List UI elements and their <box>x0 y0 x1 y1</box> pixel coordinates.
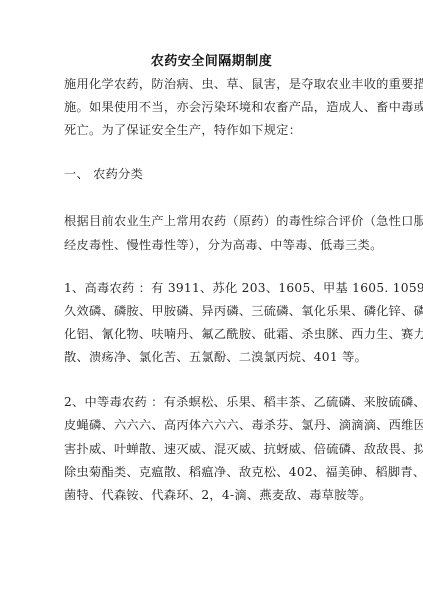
paragraph-line: 1、高毒农药 ：有 3911、苏化 203、1605、甲基 1605. 1059… <box>64 280 364 296</box>
paragraph-line: 皮蝇磷、六六六、高丙体六六六、毒杀芬、氯丹、滴滴滴、西维因、 <box>64 417 364 433</box>
document-title: 农药安全间隔期制度 <box>0 53 423 71</box>
paragraph-line: 久效磷、磷胺、甲胺磷、异丙磷、三硫磷、氧化乐果、磷化锌、磷 <box>64 303 364 319</box>
paragraph-line: 死亡。为了保证安全生产，特作如下规定： <box>64 122 364 138</box>
paragraph-line: 菌特、代森铵、代森环、2，4-滴、燕麦敌、毒草胺等。 <box>64 487 364 503</box>
paragraph-line: 根据目前农业生产上常用农药（原药）的毒性综合评价（急性口服、 <box>64 213 364 229</box>
paragraph-line: 除虫菊酯类、克瘟散、稻瘟净、敌克松、402、福美砷、稻脚青、退 <box>64 464 364 480</box>
section-heading: 一、 农药分类 <box>64 166 364 182</box>
paragraph-line: 害扑威、叶蝉散、速灭威、混灭威、抗蚜威、倍硫磷、敌敌畏、拟 <box>64 441 364 457</box>
document-page: 农药安全间隔期制度 施用化学农药，防治病、虫、草、鼠害，是夺取农业丰收的重要措 … <box>0 0 423 600</box>
paragraph-line: 2、中等毒农药 ：有杀螟松、乐果、稻丰茶、乙硫磷、来胺硫磷、 <box>64 394 364 410</box>
paragraph-line: 施用化学农药，防治病、虫、草、鼠害，是夺取农业丰收的重要措 <box>64 76 364 92</box>
paragraph-line: 施。如果使用不当，亦会污染环境和农畜产品，造成人、畜中毒或 <box>64 99 364 115</box>
paragraph-line: 化铝、氰化物、呋喃丹、氟乙酰胺、砒霜、杀虫脒、西力生、赛力 <box>64 326 364 342</box>
paragraph-line: 散、溃疡净、氯化苦、五氯酚、二溴氯丙烷、401 等。 <box>64 349 364 365</box>
paragraph-line: 经皮毒性、慢性毒性等），分为高毒、中等毒、低毒三类。 <box>64 237 364 253</box>
